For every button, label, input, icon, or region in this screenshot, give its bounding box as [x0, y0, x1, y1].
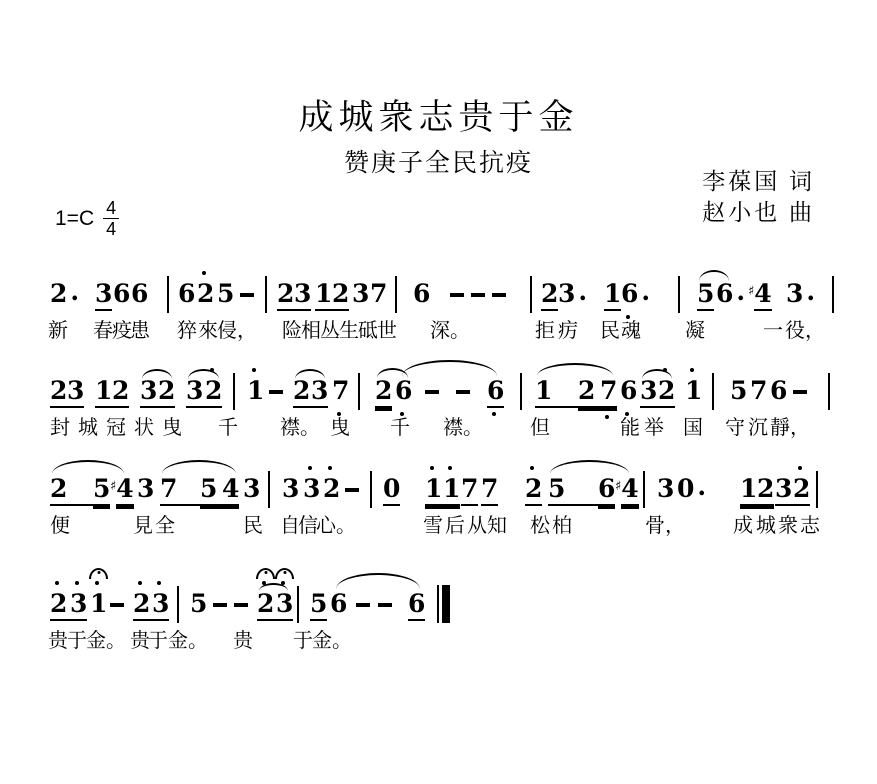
note: 6 — [620, 377, 637, 406]
barline — [678, 276, 680, 313]
note: 2 — [112, 377, 129, 408]
note-digit: 1 — [740, 475, 757, 506]
lyric: 但 — [530, 411, 550, 440]
barline — [167, 276, 169, 313]
note-digit: 2 — [197, 280, 214, 309]
score-line-4: 23123523566贵于金。贵于金。贵于金。 — [0, 570, 877, 682]
barline — [358, 373, 360, 410]
note-digit: 3 — [657, 475, 674, 504]
octave-dot-above — [530, 466, 534, 470]
augmentation-dot: . — [697, 472, 706, 501]
note: 3 — [311, 377, 328, 408]
score-line-1: 2.366625231237623.16.56.♯43.新春疫患猝來侵，险相丛生… — [0, 260, 877, 372]
octave-dot-above — [690, 368, 694, 372]
octave-dot-above — [138, 581, 142, 585]
note-digit: 7 — [370, 280, 387, 309]
note-digit: 6 — [621, 280, 638, 309]
lyric: 疫 — [112, 314, 132, 343]
note-digit: 7 — [750, 377, 767, 406]
lyric: 猝 — [177, 314, 197, 343]
lyric: 衆 — [778, 509, 798, 538]
note: 3. — [786, 280, 815, 309]
duration-dash — [356, 603, 370, 607]
lyric: 金。 — [312, 624, 352, 653]
note: 5 — [200, 475, 222, 506]
barline — [233, 373, 235, 410]
final-barline-thick — [442, 585, 450, 623]
note: 2 — [525, 475, 542, 506]
augmentation-dot: . — [578, 277, 587, 306]
note-digit: 2 — [133, 590, 152, 621]
note: 3 — [186, 377, 205, 408]
note-digit: 5 — [93, 475, 110, 506]
octave-dot-above — [430, 466, 434, 470]
note-digit: 4 — [754, 280, 771, 311]
note: 1 — [604, 280, 621, 311]
note: 7 — [461, 475, 478, 506]
note: 7 — [160, 475, 200, 506]
barline — [370, 471, 372, 508]
meter-numerator: 4 — [103, 199, 119, 219]
lyric: 贵 — [130, 624, 150, 653]
lyric: 雪 — [423, 509, 443, 538]
lyric: 信 — [298, 509, 318, 538]
note: 6 — [487, 377, 504, 408]
note: 2 — [133, 590, 152, 621]
note-digit: 3 — [282, 475, 299, 504]
lyric: 封 — [50, 411, 70, 440]
score-line-3: 25♯43754333201177256♯430.1232便見全民自信心。雪后从… — [0, 455, 877, 567]
note: 3 — [243, 475, 260, 504]
note-digit: 2 — [332, 280, 349, 311]
note: 3 — [294, 280, 311, 311]
note-digit: 3 — [70, 590, 87, 621]
lyric: 曳 — [162, 411, 182, 440]
duration-dash — [234, 603, 248, 607]
credits: 李葆国 词 赵小也 曲 — [702, 166, 815, 228]
lyric: 侵， — [217, 314, 257, 343]
note-digit: 3 — [558, 280, 575, 309]
note-digit: 3 — [186, 377, 205, 408]
note-digit: 0 — [383, 475, 400, 506]
note-digit: 2 — [525, 475, 542, 506]
note: 3 — [137, 475, 154, 504]
note-digit: 5 — [697, 280, 714, 311]
song-title: 成城衆志贵于金 — [0, 90, 877, 140]
note-digit: 6 — [413, 280, 430, 309]
note: 1 — [95, 377, 112, 408]
note: 0 — [383, 475, 400, 506]
slur-arc — [699, 270, 729, 281]
note: 1 — [425, 475, 443, 506]
lyric: 一 — [763, 314, 783, 343]
lyric: 魂 — [621, 314, 641, 343]
lyric: 千 — [218, 411, 238, 440]
note-digit: 1 — [685, 377, 702, 406]
note-digit: 7 — [481, 475, 498, 506]
note: 0. — [677, 475, 706, 504]
note: 6 — [413, 280, 430, 309]
note-digit: 5 — [548, 475, 598, 506]
note: 3 — [70, 590, 87, 621]
note: 3 — [303, 475, 320, 504]
lyric: 于 — [293, 624, 313, 653]
lyric: 砥 — [358, 314, 378, 343]
lyric: 守 — [725, 411, 745, 440]
note-digit: 1 — [247, 377, 264, 406]
slur-arc — [52, 460, 124, 474]
lyric: 民 — [600, 314, 620, 343]
barline — [530, 276, 532, 313]
note-digit: 1 — [535, 377, 578, 408]
augmentation-dot: . — [736, 277, 745, 306]
duration-dash — [425, 390, 439, 394]
note: 7 — [481, 475, 498, 506]
final-barline — [437, 585, 450, 623]
note-digit: 1 — [315, 280, 332, 311]
note: 6. — [621, 280, 650, 309]
note-digit: 6 — [395, 377, 412, 406]
note: 5 — [697, 280, 714, 311]
note: 2 — [323, 475, 340, 504]
note: 3 — [67, 377, 84, 408]
lyric: 襟。 — [443, 411, 483, 440]
lyric: 見 — [133, 509, 153, 538]
note-digit: 7 — [600, 377, 617, 408]
barline — [828, 373, 830, 410]
note-digit: 3 — [640, 377, 658, 408]
note: 1 — [685, 377, 702, 406]
note-digit: 4 — [116, 475, 133, 506]
lyric: 金。 — [168, 624, 208, 653]
note: 2 — [50, 475, 93, 506]
note: 1 — [443, 475, 460, 506]
note-digit: 1 — [90, 590, 107, 619]
note: 2. — [50, 280, 79, 309]
duration-dash — [213, 603, 227, 607]
note-digit: 6 — [178, 280, 195, 309]
note: 3 — [282, 475, 299, 504]
barline — [297, 586, 299, 623]
note: 2 — [197, 280, 214, 309]
lyric: 自 — [280, 509, 300, 538]
lyric: 民 — [243, 509, 263, 538]
note-digit: 5 — [310, 590, 327, 621]
note: ♯4 — [110, 475, 134, 508]
barline — [268, 471, 270, 508]
barline — [177, 586, 179, 623]
note: 7 — [332, 377, 349, 406]
duration-dash — [450, 293, 464, 297]
note-digit: 6 — [330, 590, 347, 619]
slur-arc — [550, 460, 629, 474]
note-digit: 3 — [152, 590, 169, 621]
note: 6 — [598, 475, 615, 506]
lyric: 国 — [683, 411, 703, 440]
octave-dot-above — [798, 466, 802, 470]
slur-arc — [142, 369, 172, 379]
duration-dash — [345, 488, 359, 492]
note: 5 — [190, 590, 207, 619]
note: 2 — [793, 475, 810, 506]
lyric: 靜， — [770, 411, 810, 440]
note-digit: 6 — [487, 377, 504, 408]
note-digit: 3 — [276, 590, 293, 621]
note: 2 — [375, 377, 392, 408]
composer-credit: 赵小也 曲 — [702, 197, 815, 228]
note: 2 — [293, 377, 311, 408]
lyric: 全 — [155, 509, 175, 538]
note-digit: 3 — [786, 280, 803, 309]
lyric: 曳 — [330, 411, 350, 440]
lyric: 丛 — [320, 314, 340, 343]
note-digit: 6 — [716, 280, 733, 309]
lyric: 险 — [282, 314, 302, 343]
barline — [832, 276, 834, 313]
lyric: 患 — [130, 314, 150, 343]
note: 7 — [600, 377, 617, 408]
lyric: 城 — [756, 509, 776, 538]
score-line-2: 2312323212372661276321576封城冠状曳千襟。曳千襟。但能举… — [0, 357, 877, 469]
duration-dash — [492, 293, 506, 297]
octave-dot-above — [95, 581, 99, 585]
duration-dash — [269, 390, 283, 394]
lyricist-credit: 李葆国 词 — [702, 166, 815, 197]
note: 2 — [50, 377, 67, 408]
note: 2 — [658, 377, 675, 408]
note-digit: 3 — [303, 475, 320, 504]
lyric: 凝 — [685, 314, 705, 343]
lyric: 生 — [339, 314, 359, 343]
note-digit: 5 — [190, 590, 207, 619]
note-digit: 0 — [677, 475, 694, 504]
note-digit: 6 — [113, 280, 130, 309]
note: 2 — [257, 590, 276, 621]
note-digit: 7 — [461, 475, 478, 506]
lyric: 贵 — [233, 624, 253, 653]
note: 5 — [548, 475, 598, 506]
note-digit: 2 — [578, 377, 600, 408]
note: 6 — [408, 590, 425, 621]
note: 2 — [277, 280, 294, 311]
meter-denominator: 4 — [103, 219, 119, 238]
lyric: 心。 — [316, 509, 356, 538]
slur-arc — [336, 573, 420, 589]
duration-dash — [240, 293, 254, 297]
note-digit: 2 — [205, 377, 222, 408]
slur-arc — [537, 363, 613, 376]
lyric: 疠 — [558, 314, 578, 343]
note: 2 — [578, 377, 600, 408]
slur-arc — [402, 360, 497, 376]
note-digit: 6 — [131, 280, 148, 309]
final-barline-thin — [437, 585, 439, 623]
note: 5 — [310, 590, 327, 621]
note-digit: 2 — [375, 377, 392, 408]
octave-dot-above — [308, 466, 312, 470]
lyric: 从 — [467, 509, 487, 538]
note: ♯4 — [615, 475, 639, 508]
note-digit: 3 — [140, 377, 158, 408]
duration-dash — [378, 603, 392, 607]
note-digit: 1 — [443, 475, 460, 506]
note: 5 — [93, 475, 110, 506]
octave-dot-above — [328, 466, 332, 470]
octave-dot-below — [492, 412, 496, 416]
duration-dash — [456, 390, 470, 394]
note: 6 — [131, 280, 148, 309]
note: 6 — [330, 590, 347, 619]
barline — [520, 373, 522, 410]
note: ♯4 — [748, 280, 772, 313]
note-digit: 6 — [598, 475, 615, 506]
octave-dot-above — [55, 581, 59, 585]
note: 2 — [205, 377, 222, 408]
lyric: 千 — [390, 411, 410, 440]
note-digit: 3 — [352, 280, 369, 309]
lyric: 世 — [377, 314, 397, 343]
note-digit: 2 — [541, 280, 558, 311]
note-digit: 6 — [620, 377, 637, 406]
fermata-icon — [256, 568, 275, 579]
lyric: 于 — [67, 624, 87, 653]
note: 2 — [541, 280, 558, 311]
lyric: 知 — [487, 509, 507, 538]
slur-arc — [162, 460, 236, 474]
note: 6 — [395, 377, 412, 406]
note: 6 — [113, 280, 130, 309]
barline — [643, 471, 645, 508]
lyric: 成 — [733, 509, 753, 538]
duration-dash — [793, 390, 807, 394]
note: 3. — [558, 280, 587, 309]
note-digit: 3 — [67, 377, 84, 408]
note: 6. — [716, 280, 745, 309]
barline — [816, 471, 818, 508]
slur-arc — [295, 369, 325, 379]
note: 6 — [178, 280, 195, 309]
note-digit: 1 — [425, 475, 443, 506]
lyric: 金。 — [86, 624, 126, 653]
note-digit: 2 — [757, 475, 774, 506]
note-digit: 3 — [137, 475, 154, 504]
note-digit: 2 — [50, 590, 70, 621]
note: 2 — [50, 590, 70, 621]
lyric: 举 — [644, 411, 664, 440]
lyric: 松 — [530, 509, 550, 538]
note: 1 — [740, 475, 757, 506]
lyric: 襟。 — [280, 411, 320, 440]
note-digit: 1 — [95, 377, 112, 408]
lyric: 骨， — [645, 509, 685, 538]
lyric: 状 — [134, 411, 154, 440]
lyric: 深。 — [430, 314, 470, 343]
note-digit: 2 — [50, 377, 67, 408]
duration-dash — [110, 603, 124, 607]
duration-dash — [471, 293, 485, 297]
lyric: 志 — [800, 509, 820, 538]
note: 5 — [730, 377, 747, 406]
note-digit: 6 — [770, 377, 787, 406]
slur-arc — [188, 369, 219, 379]
note-digit: 3 — [95, 280, 112, 311]
lyric: 冠 — [106, 411, 126, 440]
time-signature: 4 4 — [103, 199, 119, 238]
augmentation-dot: . — [806, 277, 815, 306]
octave-dot-above — [202, 271, 206, 275]
note-digit: 1 — [604, 280, 621, 311]
lyric: 柏 — [552, 509, 572, 538]
octave-dot-above — [448, 466, 452, 470]
lyric: 后 — [445, 509, 465, 538]
note-digit: 7 — [160, 475, 200, 506]
lyric: 能 — [620, 411, 640, 440]
note: 7 — [750, 377, 767, 406]
note: 3 — [640, 377, 658, 408]
octave-dot-above — [157, 581, 161, 585]
lyric: 春 — [93, 314, 113, 343]
note-digit: 2 — [793, 475, 810, 506]
barline — [395, 276, 397, 313]
slur-arc — [642, 369, 672, 379]
lyric: 拒 — [535, 314, 555, 343]
lyric: 城 — [78, 411, 98, 440]
note: 3 — [352, 280, 369, 309]
note-digit: 2 — [277, 280, 294, 311]
octave-dot-above — [75, 581, 79, 585]
note-digit: 2 — [257, 590, 276, 621]
note-digit: 2 — [50, 475, 93, 506]
lyric: 沉 — [748, 411, 768, 440]
note: 3 — [140, 377, 158, 408]
note-digit: 7 — [332, 377, 349, 406]
note-digit: 2 — [112, 377, 129, 408]
note: 5 — [217, 280, 234, 309]
note: 3 — [276, 590, 293, 621]
fermata-icon — [89, 568, 108, 579]
note-digit: 3 — [294, 280, 311, 311]
note: 2 — [158, 377, 175, 408]
note-digit: 3 — [311, 377, 328, 408]
key-label: 1=C — [55, 207, 94, 231]
barline — [712, 373, 714, 410]
note: 1 — [247, 377, 264, 406]
note-digit: 5 — [217, 280, 234, 309]
note-digit: 2 — [158, 377, 175, 408]
note: 7 — [370, 280, 387, 309]
note: 1 — [535, 377, 578, 408]
note-digit: 3 — [775, 475, 793, 506]
note: 2 — [332, 280, 349, 311]
lyric: 于 — [148, 624, 168, 653]
note: 3 — [95, 280, 112, 311]
octave-dot-above — [252, 368, 256, 372]
note-digit: 6 — [408, 590, 425, 621]
lyric: 來 — [198, 314, 218, 343]
key-signature: 1=C 4 4 — [55, 199, 119, 238]
note-digit: 5 — [730, 377, 747, 406]
augmentation-dot: . — [70, 277, 79, 306]
lyric: 役， — [785, 314, 825, 343]
lyric: 相 — [301, 314, 321, 343]
note-digit: 2 — [658, 377, 675, 408]
augmentation-dot: . — [641, 277, 650, 306]
note-digit: 3 — [243, 475, 260, 504]
note-digit: 2 — [323, 475, 340, 504]
note-digit: 4 — [222, 475, 239, 506]
note: 3 — [152, 590, 169, 621]
note-digit: 5 — [200, 475, 222, 506]
